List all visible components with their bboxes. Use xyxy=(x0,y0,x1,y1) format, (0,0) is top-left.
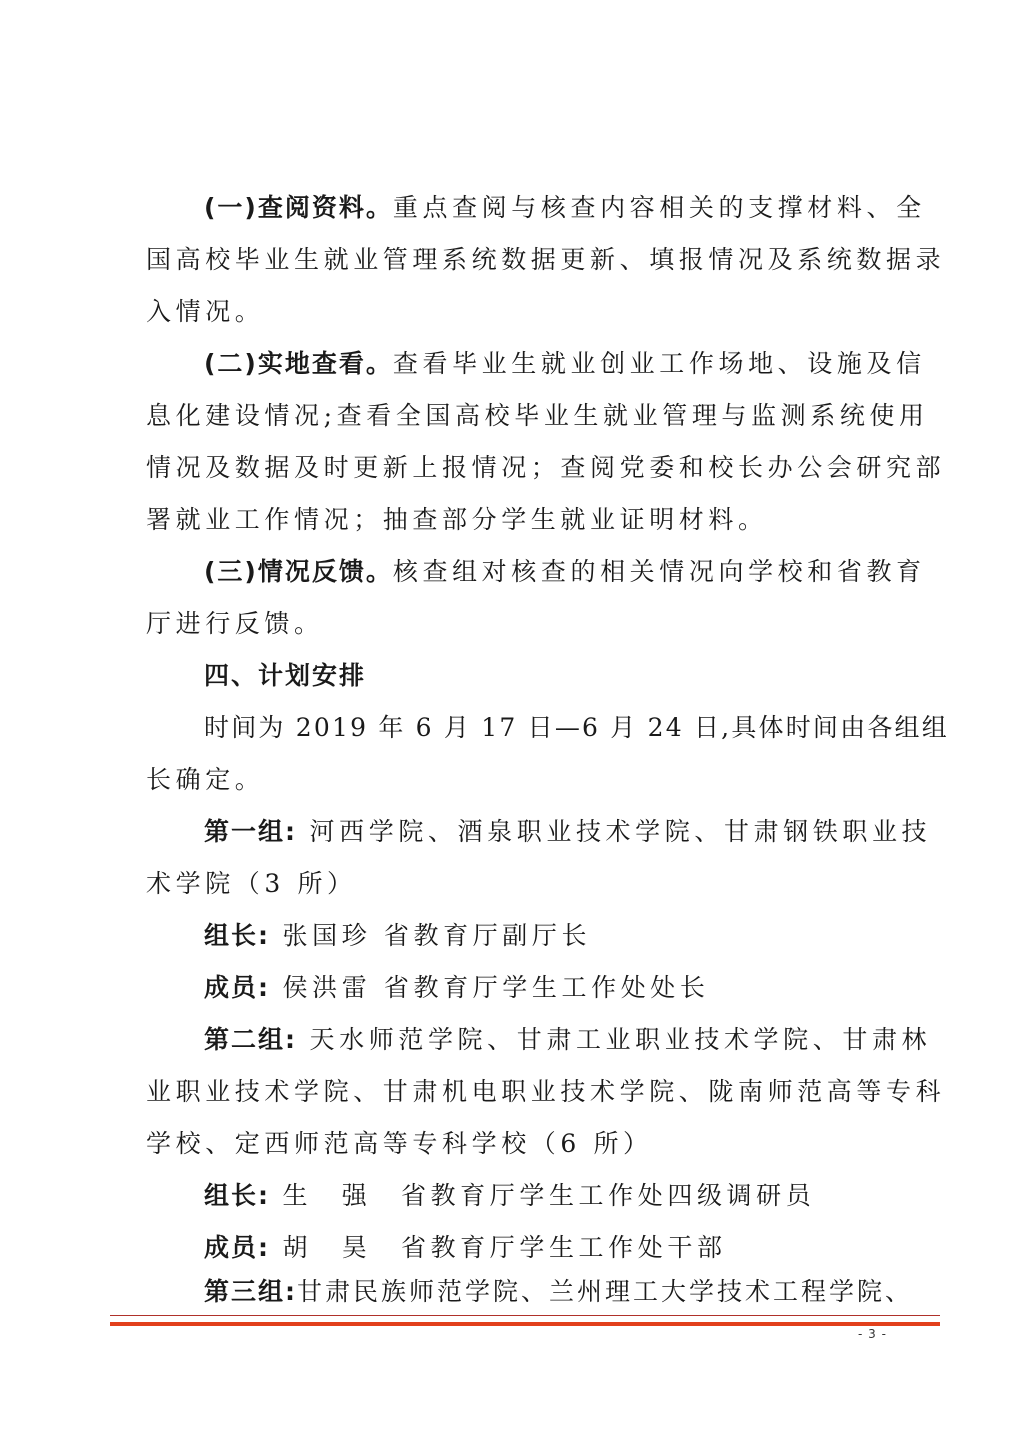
leader-name: 张国珍 省教育厅副厅长 xyxy=(283,921,592,950)
member-label: 成员: xyxy=(204,1233,270,1262)
section-1-line-3: 入情况。 xyxy=(146,297,886,327)
leader-label: 组长: xyxy=(204,1181,270,1210)
section-1-number: (一) xyxy=(204,193,258,222)
plan-heading: 四、计划安排 xyxy=(204,661,944,691)
group-1-label: 第一组: xyxy=(204,817,297,846)
group-2-schools: 天水师范学院、甘肃工业职业技术学院、甘肃林 xyxy=(310,1025,932,1054)
section-3-number: (三) xyxy=(204,557,258,586)
group-1-line-2: 术学院（3 所） xyxy=(146,869,886,899)
member-label: 成员: xyxy=(204,973,270,1002)
section-2-title: 实地查看。 xyxy=(258,349,393,378)
footer-rule-thin xyxy=(110,1315,940,1316)
section-3-line-1: (三)情况反馈。核查组对核查的相关情况向学校和省教育 xyxy=(204,557,944,587)
group-2-leader: 组长: 生 强 省教育厅学生工作处四级调研员 xyxy=(204,1181,944,1211)
group-2-line-2: 业职业技术学院、甘肃机电职业技术学院、陇南师范高等专科 xyxy=(146,1077,886,1107)
section-2-line-4: 署就业工作情况；抽查部分学生就业证明材料。 xyxy=(146,505,886,535)
group-1-line-1: 第一组: 河西学院、酒泉职业技术学院、甘肃钢铁职业技 xyxy=(204,817,944,847)
group-3-label: 第三组: xyxy=(204,1277,297,1306)
group-2-label: 第二组: xyxy=(204,1025,297,1054)
section-1-title: 查阅资料。 xyxy=(258,193,393,222)
leader-name: 生 强 省教育厅学生工作处四级调研员 xyxy=(283,1181,816,1210)
group-1-member: 成员: 侯洪雷 省教育厅学生工作处处长 xyxy=(204,973,944,1003)
section-1-line-1: (一)查阅资料。重点查阅与核查内容相关的支撑材料、全 xyxy=(204,193,944,223)
section-2-number: (二) xyxy=(204,349,258,378)
group-2-line-3: 学校、定西师范高等专科学校（6 所） xyxy=(146,1129,886,1159)
section-2-line-3: 情况及数据及时更新上报情况；查阅党委和校长办公会研究部 xyxy=(146,453,886,483)
group-3-line-1: 第三组:甘肃民族师范学院、兰州理工大学技术工程学院、 xyxy=(204,1277,944,1307)
section-2-line-2: 息化建设情况;查看全国高校毕业生就业管理与监测系统使用 xyxy=(146,401,886,431)
group-1-leader: 组长: 张国珍 省教育厅副厅长 xyxy=(204,921,944,951)
group-3-schools: 甘肃民族师范学院、兰州理工大学技术工程学院、 xyxy=(297,1277,913,1306)
section-1-text: 重点查阅与核查内容相关的支撑材料、全 xyxy=(393,193,926,222)
section-3-line-2: 厅进行反馈。 xyxy=(146,609,886,639)
section-3-title: 情况反馈。 xyxy=(258,557,393,586)
section-2-text: 查看毕业生就业创业工作场地、设施及信 xyxy=(393,349,926,378)
plan-time-line-1: 时间为 2019 年 6 月 17 日—6 月 24 日,具体时间由各组组 xyxy=(204,713,944,743)
group-2-line-1: 第二组: 天水师范学院、甘肃工业职业技术学院、甘肃林 xyxy=(204,1025,944,1055)
document-page: (一)查阅资料。重点查阅与核查内容相关的支撑材料、全 国高校毕业生就业管理系统数… xyxy=(0,0,1024,1448)
section-1-line-2: 国高校毕业生就业管理系统数据更新、填报情况及系统数据录 xyxy=(146,245,886,275)
footer-rule-thick xyxy=(110,1322,940,1326)
plan-time-line-2: 长确定。 xyxy=(146,765,886,795)
member-name: 侯洪雷 省教育厅学生工作处处长 xyxy=(283,973,710,1002)
leader-label: 组长: xyxy=(204,921,270,950)
page-number: - 3 - xyxy=(858,1327,887,1341)
section-2-line-1: (二)实地查看。查看毕业生就业创业工作场地、设施及信 xyxy=(204,349,944,379)
group-1-schools: 河西学院、酒泉职业技术学院、甘肃钢铁职业技 xyxy=(310,817,932,846)
member-name: 胡 昊 省教育厅学生工作处干部 xyxy=(283,1233,727,1262)
group-2-member: 成员: 胡 昊 省教育厅学生工作处干部 xyxy=(204,1233,944,1263)
section-3-text: 核查组对核查的相关情况向学校和省教育 xyxy=(393,557,926,586)
